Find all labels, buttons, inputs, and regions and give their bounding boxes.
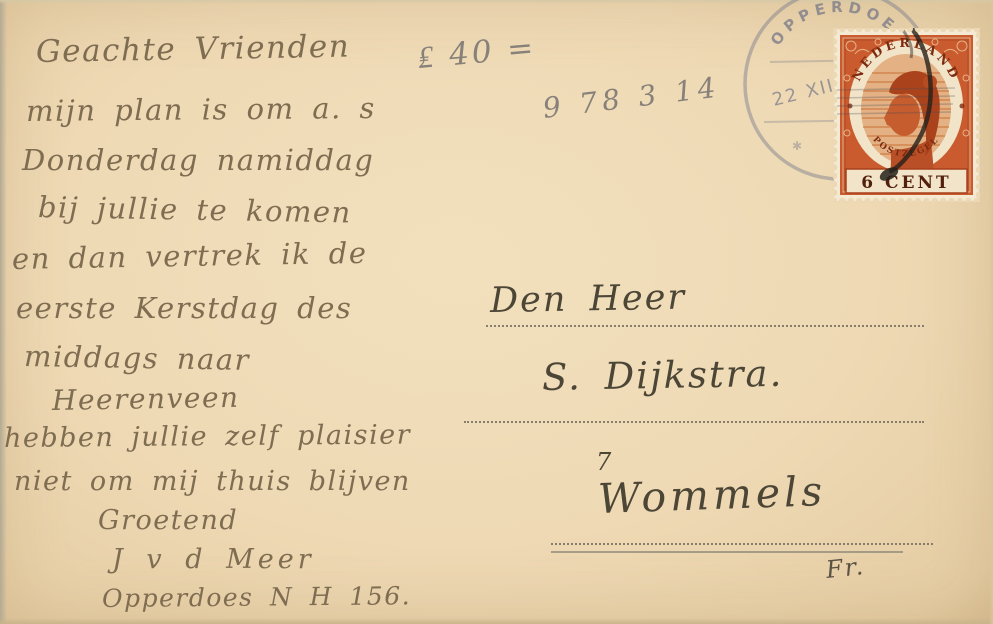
- message-line-7: middags naar: [24, 339, 251, 377]
- postmark-star: ✱: [792, 139, 802, 153]
- address-dotted-line-1: [486, 325, 924, 327]
- address-title: Den Heer: [490, 278, 687, 321]
- message-line-12: J v d Meer: [112, 544, 315, 575]
- address-town: Wommels: [597, 467, 827, 523]
- message-line-4: bij jullie te komen: [38, 190, 352, 229]
- pencil-price-mark: ₤ 40 =: [416, 30, 537, 76]
- message-line-6: eerste Kerstdag des: [16, 291, 352, 325]
- postmark-date: 22 XII: [770, 75, 837, 111]
- message-line-11: Groetend: [98, 505, 238, 536]
- stamp: NEDERLAND POSTZEGEL 6 CENT: [833, 28, 980, 202]
- message-line-5: en dan vertrek ik de: [12, 236, 368, 276]
- postcard-back: Geachte Vrienden mijn plan is om a. s Do…: [0, 0, 993, 624]
- pencil-number-mark: 9 78 3 14: [541, 70, 722, 125]
- address-prefix: 7: [596, 448, 613, 476]
- message-line-3: Donderdag namiddag: [22, 143, 374, 177]
- stamp-denomination: 6 CENT: [861, 173, 951, 193]
- card-edge-bottom: [0, 618, 993, 624]
- message-line-9: hebben jullie zelf plaisier: [4, 419, 411, 454]
- address-dotted-line-2: [464, 421, 924, 423]
- message-line-13: Opperdoes N H 156.: [102, 581, 411, 613]
- address-dotted-line-3: [551, 543, 933, 545]
- message-line-8: Heerenveen: [52, 381, 240, 417]
- message-line-2: mijn plan is om a. s: [26, 91, 376, 128]
- message-line-10: niet om mij thuis blijven: [14, 466, 411, 497]
- address-name: S. Dijkstra.: [542, 352, 784, 399]
- card-edge-left: [0, 0, 7, 624]
- message-line-1: Geachte Vrienden: [36, 29, 351, 70]
- address-province: Fr.: [825, 552, 867, 584]
- card-edge-right: [989, 0, 993, 624]
